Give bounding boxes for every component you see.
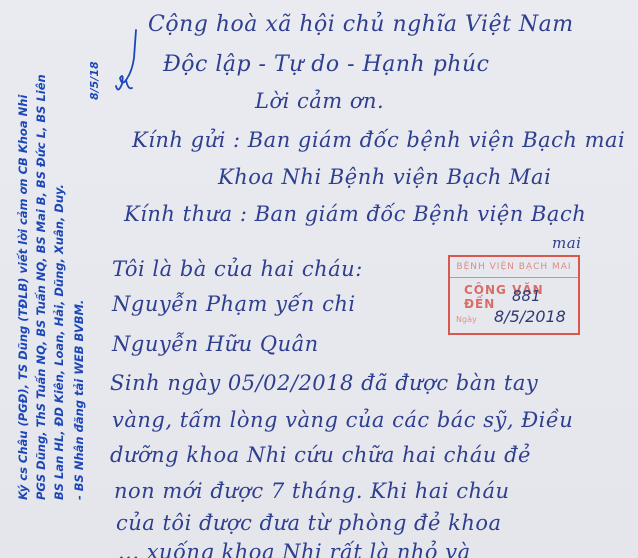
greeting-sent-to: Kính gửi : Ban giám đốc bệnh viện Bạch m… bbox=[132, 128, 625, 152]
body-line: Nguyễn Hữu Quân bbox=[112, 332, 319, 356]
stamp-number: 881 bbox=[512, 287, 541, 305]
margin-note-col3: BS Lan HL, ĐD Kiên, Loan, Hải, Dũng, Xuâ… bbox=[52, 184, 66, 500]
margin-note-col2: PGS Dũng, ThS Tuấn NQ, BS Tuấn NQ, BS Ma… bbox=[34, 74, 48, 500]
body-line: ... xuống khoa Nhi rất là nhỏ và bbox=[118, 540, 471, 558]
received-stamp: BỆNH VIỆN BẠCH MAI CÔNG VĂN ĐẾN Ngày 881… bbox=[448, 255, 580, 335]
greeting-regards: Kính thưa : Ban giám đốc Bệnh viện Bạch bbox=[124, 202, 586, 226]
body-line: dưỡng khoa Nhi cứu chữa hai cháu đẻ bbox=[110, 443, 531, 467]
body-line: Sinh ngày 05/02/2018 đã được bàn tay bbox=[110, 371, 538, 395]
national-motto-line1: Cộng hoà xã hội chủ nghĩa Việt Nam bbox=[148, 12, 574, 37]
margin-note-date: 8/5/18 bbox=[88, 61, 101, 100]
signature-icon bbox=[112, 28, 142, 98]
stamp-date-label: Ngày bbox=[456, 315, 477, 324]
greeting-regards-continuation: mai bbox=[552, 234, 581, 252]
body-line: vàng, tấm lòng vàng của các bác sỹ, Điều bbox=[112, 408, 573, 432]
margin-note-col4: - BS Nhân đăng tải WEB BVBM. bbox=[72, 300, 86, 500]
body-line: Tôi là bà của hai cháu: bbox=[112, 257, 363, 281]
stamp-header: BỆNH VIỆN BẠCH MAI bbox=[450, 257, 578, 278]
greeting-sent-to-line2: Khoa Nhi Bệnh viện Bạch Mai bbox=[218, 165, 551, 189]
body-line: của tôi được đưa từ phòng đẻ khoa bbox=[116, 511, 502, 535]
national-motto-line2: Độc lập - Tự do - Hạnh phúc bbox=[163, 52, 489, 77]
stamp-date: 8/5/2018 bbox=[494, 307, 566, 326]
letter-title: Lời cảm ơn. bbox=[255, 89, 384, 113]
scanned-letter-page: Cộng hoà xã hội chủ nghĩa Việt Nam Độc l… bbox=[0, 0, 638, 558]
body-line: Nguyễn Phạm yến chi bbox=[112, 292, 356, 316]
margin-note-col1: Ký cs Châu (PGĐ), TS Dũng (TĐLB) viết lờ… bbox=[16, 95, 30, 500]
body-line: non mới được 7 tháng. Khi hai cháu bbox=[114, 479, 510, 503]
